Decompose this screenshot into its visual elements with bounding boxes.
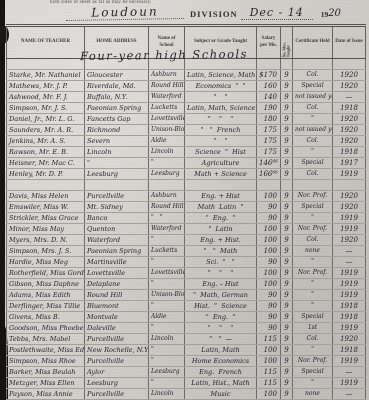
cell-date-of-issue: — bbox=[333, 92, 366, 103]
table-row: Emswiler, Miss W.Mt. SidneyRound HillMat… bbox=[7, 202, 366, 213]
cell-subject: " " " bbox=[185, 323, 257, 334]
cell-date-of-issue: 1919 bbox=[333, 224, 366, 235]
cell-school: " bbox=[149, 345, 185, 356]
cell-months: 9 bbox=[281, 70, 293, 81]
table-row: Barker, Miss BeulahAylorLeesburgEng. Fre… bbox=[7, 367, 366, 378]
cell-home-address: Martinsville bbox=[85, 257, 149, 268]
cell-home-address: Lovettsville bbox=[85, 268, 149, 279]
cell-date-of-issue: 1920 bbox=[333, 81, 366, 92]
cell-school: Lincoln bbox=[149, 147, 185, 158]
cell-teacher bbox=[7, 59, 85, 70]
table-row: Givens, Miss B.MontvaleAldie" Eng. "909S… bbox=[7, 312, 366, 323]
cell-salary: 115 bbox=[257, 378, 281, 389]
cell-salary: 180 bbox=[257, 114, 281, 125]
cell-teacher: Adams, Miss Edith bbox=[7, 290, 85, 301]
division-header: Loudoun DIVISION Dec - 14 19 20 bbox=[66, 5, 366, 20]
cell-home-address: Purcellville bbox=[85, 389, 149, 400]
cell-date-of-issue: 1920 bbox=[333, 114, 366, 125]
cell-home-address: " bbox=[85, 158, 149, 169]
cell-date-of-issue: — bbox=[333, 367, 366, 378]
cell-school: " bbox=[149, 323, 185, 334]
cell-certificate bbox=[293, 180, 333, 191]
cell-salary: 90 bbox=[257, 290, 281, 301]
cell-subject: Music bbox=[185, 389, 257, 400]
cell-months: 9 bbox=[281, 224, 293, 235]
cell-months: 9 bbox=[281, 158, 293, 169]
cell-school: " bbox=[149, 279, 185, 290]
cell-school: Lovettsville bbox=[149, 114, 185, 125]
col-header-subject: Subject or Grade Taught bbox=[185, 26, 257, 59]
cell-home-address bbox=[85, 180, 149, 191]
header-row: NAME OF TEACHER HOME ADDRESS Name of Sch… bbox=[7, 26, 366, 59]
cell-certificate: Nor. Prof. bbox=[293, 191, 333, 202]
cell-home-address: Paeonian Spring bbox=[85, 246, 149, 257]
cell-months: 9 bbox=[281, 323, 293, 334]
cell-date-of-issue: 1919 bbox=[333, 356, 366, 367]
cell-date-of-issue: 1919 bbox=[333, 323, 366, 334]
cell-certificate: Nor. Prof. bbox=[293, 268, 333, 279]
cell-salary bbox=[257, 180, 281, 191]
cell-home-address: Waterford bbox=[85, 235, 149, 246]
cell-home-address bbox=[85, 59, 149, 70]
cell-teacher: Tebbs, Mrs. Mabel bbox=[7, 334, 85, 345]
cell-months: 9 bbox=[281, 367, 293, 378]
table-row: Payson, Miss AnniePurcellvilleLincolnMus… bbox=[7, 389, 366, 400]
cell-months: 9 bbox=[281, 301, 293, 312]
table-row: Minor, Miss MayQuentonWaterford" Latin10… bbox=[7, 224, 366, 235]
cell-subject: " " French bbox=[185, 125, 257, 136]
cell-date-of-issue: 1920 bbox=[333, 202, 366, 213]
cell-school: " bbox=[149, 235, 185, 246]
cell-salary: 100 bbox=[257, 345, 281, 356]
table-row: Simpson, Mrs. J. S.Paeonian SpringLucket… bbox=[7, 246, 366, 257]
table-row: Jenkins, Mr. A. S.SevernAldie" "1759Col.… bbox=[7, 136, 366, 147]
cell-subject: Math + Science bbox=[185, 169, 257, 180]
cell-date-of-issue: 1917 bbox=[333, 158, 366, 169]
cell-date-of-issue: 1918 bbox=[333, 147, 366, 158]
cell-school: Unison-Bloomfield bbox=[149, 125, 185, 136]
cell-school: Leesburg bbox=[149, 169, 185, 180]
cell-school: Unison-Bloomfield bbox=[149, 290, 185, 301]
table-row: Derflinger, Miss TillieBluemont"Hist. " … bbox=[7, 301, 366, 312]
cell-teacher: Simpson, Mrs. J. S. bbox=[7, 246, 85, 257]
cell-school: Lincoln bbox=[149, 389, 185, 400]
cell-home-address: Purcellville bbox=[85, 191, 149, 202]
cell-salary: 140 bbox=[257, 92, 281, 103]
cell-date-of-issue bbox=[333, 180, 366, 191]
cell-teacher: Rawson, Mr. E. B. bbox=[7, 147, 85, 158]
cell-certificate: not issued yet bbox=[293, 92, 333, 103]
cell-school: " bbox=[149, 301, 185, 312]
cell-date-of-issue: 1920 bbox=[333, 70, 366, 81]
cell-home-address: Paeonian Spring bbox=[85, 103, 149, 114]
cell-certificate: Special bbox=[293, 312, 333, 323]
cell-subject: " Eng. " bbox=[185, 312, 257, 323]
cell-date-of-issue: 1918 bbox=[333, 103, 366, 114]
cell-school bbox=[149, 180, 185, 191]
cell-months: 9 bbox=[281, 246, 293, 257]
cell-certificate: Special bbox=[293, 367, 333, 378]
cell-certificate: " bbox=[293, 279, 333, 290]
ledger-body: Starke, Mr. NathanielGloucesterAshburnLa… bbox=[7, 59, 366, 400]
cell-teacher: Simpson, Mr. J. S. bbox=[7, 103, 85, 114]
cell-home-address: Purcellville bbox=[85, 334, 149, 345]
cell-months: 9 bbox=[281, 81, 293, 92]
cell-home-address: Montvale bbox=[85, 312, 149, 323]
col-header-home-address: HOME ADDRESS bbox=[85, 26, 149, 59]
cell-salary: 100 bbox=[257, 268, 281, 279]
year-handwritten: 20 bbox=[328, 8, 341, 20]
cell-date-of-issue: 1919 bbox=[333, 378, 366, 389]
cell-date-of-issue: 1920 bbox=[333, 334, 366, 345]
cell-date-of-issue: 1919 bbox=[333, 290, 366, 301]
cell-months: 9 bbox=[281, 378, 293, 389]
cell-home-address: Daleville bbox=[85, 323, 149, 334]
cell-certificate: " bbox=[293, 114, 333, 125]
cell-date-of-issue bbox=[333, 59, 366, 70]
cell-date-of-issue: — bbox=[333, 246, 366, 257]
cell-school: Ashburn bbox=[149, 191, 185, 202]
cell-salary: 90 bbox=[257, 323, 281, 334]
cell-subject: " " " bbox=[185, 114, 257, 125]
cell-salary bbox=[257, 59, 281, 70]
cell-date-of-issue: 1918 bbox=[333, 345, 366, 356]
cell-home-address: Severn bbox=[85, 136, 149, 147]
cell-months: 9 bbox=[281, 235, 293, 246]
cell-school: " bbox=[149, 356, 185, 367]
cell-home-address: Fancetts Gap bbox=[85, 114, 149, 125]
cell-teacher: Saunders, Mr. A. R. bbox=[7, 125, 85, 136]
table-row: Postlethwaite, Miss Ed.New Rochelle, N.Y… bbox=[7, 345, 366, 356]
cell-certificate: Col. bbox=[293, 334, 333, 345]
cell-certificate: Col. bbox=[293, 70, 333, 81]
cell-home-address: Leesburg bbox=[85, 378, 149, 389]
table-row: Mathews, Mr. J. P.Riverdale, Md.Round Hi… bbox=[7, 81, 366, 92]
cell-home-address: Quenton bbox=[85, 224, 149, 235]
cell-school: " bbox=[149, 158, 185, 169]
cell-teacher: Heisner, Mr. Mac C. bbox=[7, 158, 85, 169]
year-printed: 19 bbox=[313, 10, 329, 20]
cell-months: 9 bbox=[281, 334, 293, 345]
table-row: Davis, Miss HelenPurcellvilleAshburnEng.… bbox=[7, 191, 366, 202]
cell-teacher: Daniel, Jr., Mr. L. G. bbox=[7, 114, 85, 125]
col-header-teacher: NAME OF TEACHER bbox=[7, 26, 85, 59]
table-row bbox=[7, 180, 366, 191]
cell-subject: Home Economics bbox=[185, 356, 257, 367]
cell-home-address: Banco bbox=[85, 213, 149, 224]
cell-months: 9 bbox=[281, 125, 293, 136]
cell-teacher bbox=[7, 180, 85, 191]
cell-teacher: Simpson, Miss Rhoe bbox=[7, 356, 85, 367]
cell-subject: Latin, Math bbox=[185, 345, 257, 356]
table-row: Starke, Mr. NathanielGloucesterAshburnLa… bbox=[7, 70, 366, 81]
cell-teacher: Strickler, Miss Grace bbox=[7, 213, 85, 224]
cell-salary: 146⁶⁶ bbox=[257, 158, 281, 169]
cell-months: 9 bbox=[281, 169, 293, 180]
cell-home-address: Gloucester bbox=[85, 70, 149, 81]
cell-subject bbox=[185, 180, 257, 191]
cell-teacher: Mathews, Mr. J. P. bbox=[7, 81, 85, 92]
cell-school: Lovettsville bbox=[149, 268, 185, 279]
cell-school: " bbox=[149, 378, 185, 389]
cell-certificate: none bbox=[293, 246, 333, 257]
cell-home-address: Leesburg bbox=[85, 169, 149, 180]
cell-months: 9 bbox=[281, 213, 293, 224]
cell-date-of-issue: 1920 bbox=[333, 235, 366, 246]
cell-months: 9 bbox=[281, 103, 293, 114]
cell-subject: Agriculture bbox=[185, 158, 257, 169]
cell-salary: 100 bbox=[257, 224, 281, 235]
cell-home-address: Richmond bbox=[85, 125, 149, 136]
cell-date-of-issue: 1919 bbox=[333, 268, 366, 279]
cell-subject bbox=[185, 59, 257, 70]
cell-months: 9 bbox=[281, 345, 293, 356]
cell-subject: " Math, German bbox=[185, 290, 257, 301]
cell-certificate: not issued yet bbox=[293, 125, 333, 136]
cell-date-of-issue: 1920 bbox=[333, 125, 366, 136]
cell-certificate: " bbox=[293, 378, 333, 389]
table-row: Simpson, Mr. J. S.Paeonian SpringLuckett… bbox=[7, 103, 366, 114]
cell-date-of-issue: 1919 bbox=[333, 213, 366, 224]
cell-months: 9 bbox=[281, 257, 293, 268]
cell-date-of-issue: — bbox=[333, 389, 366, 400]
cell-teacher: Henley, Mr. D. P. bbox=[7, 169, 85, 180]
cell-teacher: Derflinger, Miss Tillie bbox=[7, 301, 85, 312]
table-row: Rotherfield, Miss GordonLovettsvilleLove… bbox=[7, 268, 366, 279]
table-row bbox=[7, 59, 366, 70]
table-row: Gibson, Miss DaphneDelaplane"Eng. – Hist… bbox=[7, 279, 366, 290]
cell-certificate: Nor. Prof. bbox=[293, 356, 333, 367]
division-label: DIVISION bbox=[184, 9, 241, 20]
cell-subject: " " bbox=[185, 92, 257, 103]
table-row: Henley, Mr. D. P.LeesburgLeesburgMath + … bbox=[7, 169, 366, 180]
table-row: Rawson, Mr. E. B.LincolnLincolnScience "… bbox=[7, 147, 366, 158]
cell-home-address: Buffalo, N.Y. bbox=[85, 92, 149, 103]
cell-teacher: Myers, Mrs. D. N. bbox=[7, 235, 85, 246]
cell-school: Waterford bbox=[149, 224, 185, 235]
cell-salary: 115 bbox=[257, 367, 281, 378]
cell-date-of-issue: 1920 bbox=[333, 136, 366, 147]
cell-subject: " " bbox=[185, 136, 257, 147]
cell-certificate: Nor. Prof. bbox=[293, 224, 333, 235]
cell-teacher: Rotherfield, Miss Gordon bbox=[7, 268, 85, 279]
cell-subject: " " " bbox=[185, 268, 257, 279]
cell-salary: 100 bbox=[257, 279, 281, 290]
table-row: Daniel, Jr., Mr. L. G.Fancetts GapLovett… bbox=[7, 114, 366, 125]
cell-subject: Eng. French bbox=[185, 367, 257, 378]
cell-school: Lincoln bbox=[149, 334, 185, 345]
cell-certificate: Special bbox=[293, 81, 333, 92]
cell-date-of-issue: 1919 bbox=[333, 279, 366, 290]
cell-salary: 100 bbox=[257, 356, 281, 367]
col-header-salary: Salary per Mo. bbox=[257, 26, 281, 59]
cell-months: 9 bbox=[281, 136, 293, 147]
cell-school: " bbox=[149, 257, 185, 268]
cell-subject: Economics " " bbox=[185, 81, 257, 92]
cell-home-address: Lincoln bbox=[85, 147, 149, 158]
cell-salary: 90 bbox=[257, 257, 281, 268]
cell-subject: Science " Hist bbox=[185, 147, 257, 158]
cell-salary: 175 bbox=[257, 147, 281, 158]
cell-subject: Math Latin " bbox=[185, 202, 257, 213]
cell-certificate: " bbox=[293, 290, 333, 301]
cell-teacher: Davis, Miss Helen bbox=[7, 191, 85, 202]
date-handwritten: Dec - 14 bbox=[241, 6, 313, 20]
cell-certificate: Col. bbox=[293, 235, 333, 246]
cell-teacher: Givens, Miss B. bbox=[7, 312, 85, 323]
cell-teacher: Payson, Miss Annie bbox=[7, 389, 85, 400]
cell-certificate: Special bbox=[293, 202, 333, 213]
col-header-date-of-issue: Date of Issue bbox=[333, 26, 366, 59]
cell-salary: 100 bbox=[257, 389, 281, 400]
cell-teacher: Minor, Miss May bbox=[7, 224, 85, 235]
cell-teacher: Jenkins, Mr. A. S. bbox=[7, 136, 85, 147]
cell-certificate bbox=[293, 59, 333, 70]
cell-teacher: Barker, Miss Beulah bbox=[7, 367, 85, 378]
cell-salary: 100 bbox=[257, 191, 281, 202]
cell-school: Aldie bbox=[149, 312, 185, 323]
cell-months: 9 bbox=[281, 279, 293, 290]
cell-teacher: Ashwood, Mr. F. J. bbox=[7, 92, 85, 103]
cell-home-address: New Rochelle, N.Y. bbox=[85, 345, 149, 356]
cell-salary: 160 bbox=[257, 81, 281, 92]
cell-school: Leesburg bbox=[149, 367, 185, 378]
cell-subject: Hist. " Science bbox=[185, 301, 257, 312]
cell-date-of-issue: 1918 bbox=[333, 312, 366, 323]
cell-months bbox=[281, 180, 293, 191]
cell-subject: Eng. + Hist bbox=[185, 191, 257, 202]
table-row: Hardie, Miss MegMartinsville"Sci. " "909… bbox=[7, 257, 366, 268]
table-row: Metzger, Miss EllenLeesburg"Latin, Hist.… bbox=[7, 378, 366, 389]
cell-certificate: 1st bbox=[293, 323, 333, 334]
cell-home-address: Riverdale, Md. bbox=[85, 81, 149, 92]
table-row: Saunders, Mr. A. R.RichmondUnison-Bloomf… bbox=[7, 125, 366, 136]
cell-home-address: Round Hill bbox=[85, 290, 149, 301]
cell-subject: Sci. " " bbox=[185, 257, 257, 268]
table-row: Adams, Miss EdithRound HillUnison-Bloomf… bbox=[7, 290, 366, 301]
cell-subject: " Eng. " bbox=[185, 213, 257, 224]
cell-salary: 100 bbox=[257, 235, 281, 246]
cell-subject: " " — bbox=[185, 334, 257, 345]
cell-date-of-issue: 1918 bbox=[333, 301, 366, 312]
cell-school: Aldie bbox=[149, 136, 185, 147]
cell-months: 9 bbox=[281, 114, 293, 125]
cell-school: Lucketts bbox=[149, 246, 185, 257]
cell-date-of-issue: — bbox=[333, 257, 366, 268]
cell-teacher: Metzger, Miss Ellen bbox=[7, 378, 85, 389]
cell-subject: Eng. – Hist bbox=[185, 279, 257, 290]
cell-months: 9 bbox=[281, 389, 293, 400]
table-row: Tebbs, Mrs. MabelPurcellvilleLincoln" " … bbox=[7, 334, 366, 345]
cell-salary: 175 bbox=[257, 125, 281, 136]
cell-teacher: Postlethwaite, Miss Ed. bbox=[7, 345, 85, 356]
cell-school bbox=[149, 59, 185, 70]
cell-salary: 90 bbox=[257, 301, 281, 312]
table-row: Ashwood, Mr. F. J.Buffalo, N.Y.Waterford… bbox=[7, 92, 366, 103]
cell-certificate: Special bbox=[293, 158, 333, 169]
cell-home-address: Bluemont bbox=[85, 301, 149, 312]
cell-subject: Eng. + Hist. bbox=[185, 235, 257, 246]
cell-months: 9 bbox=[281, 312, 293, 323]
cell-months: 9 bbox=[281, 191, 293, 202]
cell-salary: 115 bbox=[257, 334, 281, 345]
cell-months bbox=[281, 59, 293, 70]
cell-subject: Latin, Math, Science bbox=[185, 103, 257, 114]
cell-salary: 90 bbox=[257, 202, 281, 213]
cell-school: Ashburn bbox=[149, 70, 185, 81]
cell-teacher: Starke, Mr. Nathaniel bbox=[7, 70, 85, 81]
cell-teacher: Gibson, Miss Daphne bbox=[7, 279, 85, 290]
cell-certificate: " bbox=[293, 345, 333, 356]
col-header-certificate: Certificate Held bbox=[293, 26, 333, 59]
division-name-handwritten: Loudoun bbox=[66, 4, 184, 21]
cell-teacher: Goodson, Miss Phoebe bbox=[7, 323, 85, 334]
cell-certificate: " bbox=[293, 257, 333, 268]
table-row: Heisner, Mr. Mac C.""Agriculture146⁶⁶9Sp… bbox=[7, 158, 366, 169]
cell-home-address: Aylor bbox=[85, 367, 149, 378]
cell-salary: 175 bbox=[257, 136, 281, 147]
cell-salary: 166⁶⁶ bbox=[257, 169, 281, 180]
cell-home-address: Mt. Sidney bbox=[85, 202, 149, 213]
cell-certificate: Col. bbox=[293, 136, 333, 147]
table-row: Myers, Mrs. D. N.Waterford"Eng. + Hist.1… bbox=[7, 235, 366, 246]
cell-salary: 90 bbox=[257, 213, 281, 224]
cell-school: Round Hill bbox=[149, 81, 185, 92]
cell-subject: " " Math bbox=[185, 246, 257, 257]
col-header-months: No. Mos. Taught bbox=[281, 26, 293, 59]
cell-home-address: Purcellville bbox=[85, 356, 149, 367]
col-header-school: Name of School bbox=[149, 26, 185, 59]
cell-months: 9 bbox=[281, 268, 293, 279]
table-row: Simpson, Miss RhoePurcellville"Home Econ… bbox=[7, 356, 366, 367]
cell-school: Waterford bbox=[149, 92, 185, 103]
cell-school: " " bbox=[149, 213, 185, 224]
cell-salary: 190 bbox=[257, 103, 281, 114]
cell-home-address: Delaplane bbox=[85, 279, 149, 290]
table-row: Strickler, Miss GraceBanco" "" Eng. "909… bbox=[7, 213, 366, 224]
cell-teacher: Hardie, Miss Meg bbox=[7, 257, 85, 268]
cell-salary: 100 bbox=[257, 246, 281, 257]
cell-months: 9 bbox=[281, 202, 293, 213]
cell-months: 9 bbox=[281, 290, 293, 301]
cell-certificate: Col. bbox=[293, 103, 333, 114]
cell-subject: Latin, Hist., Math bbox=[185, 378, 257, 389]
cell-certificate: none bbox=[293, 389, 333, 400]
cell-salary: $170 bbox=[257, 70, 281, 81]
cell-date-of-issue: 1920 bbox=[333, 191, 366, 202]
cell-months: 9 bbox=[281, 356, 293, 367]
cell-subject: " Latin bbox=[185, 224, 257, 235]
cell-subject: Latin, Science, Math bbox=[185, 70, 257, 81]
cell-certificate: " bbox=[293, 301, 333, 312]
table-row: Goodson, Miss PhoebeDaleville"" " "9091s… bbox=[7, 323, 366, 334]
cell-months: 9 bbox=[281, 147, 293, 158]
cell-certificate: " bbox=[293, 147, 333, 158]
cell-school: Round Hill bbox=[149, 202, 185, 213]
cell-school: Lucketts bbox=[149, 103, 185, 114]
scanned-ledger-sheet: both sides of sheet as far as may be nec… bbox=[0, 0, 369, 400]
cell-date-of-issue: 1919 bbox=[333, 169, 366, 180]
cell-teacher: Emswiler, Miss W. bbox=[7, 202, 85, 213]
cell-certificate: " bbox=[293, 213, 333, 224]
teacher-ledger-table: NAME OF TEACHER HOME ADDRESS Name of Sch… bbox=[6, 24, 366, 400]
cell-salary: 90 bbox=[257, 312, 281, 323]
cell-months: 9 bbox=[281, 92, 293, 103]
cell-certificate: Col. bbox=[293, 169, 333, 180]
